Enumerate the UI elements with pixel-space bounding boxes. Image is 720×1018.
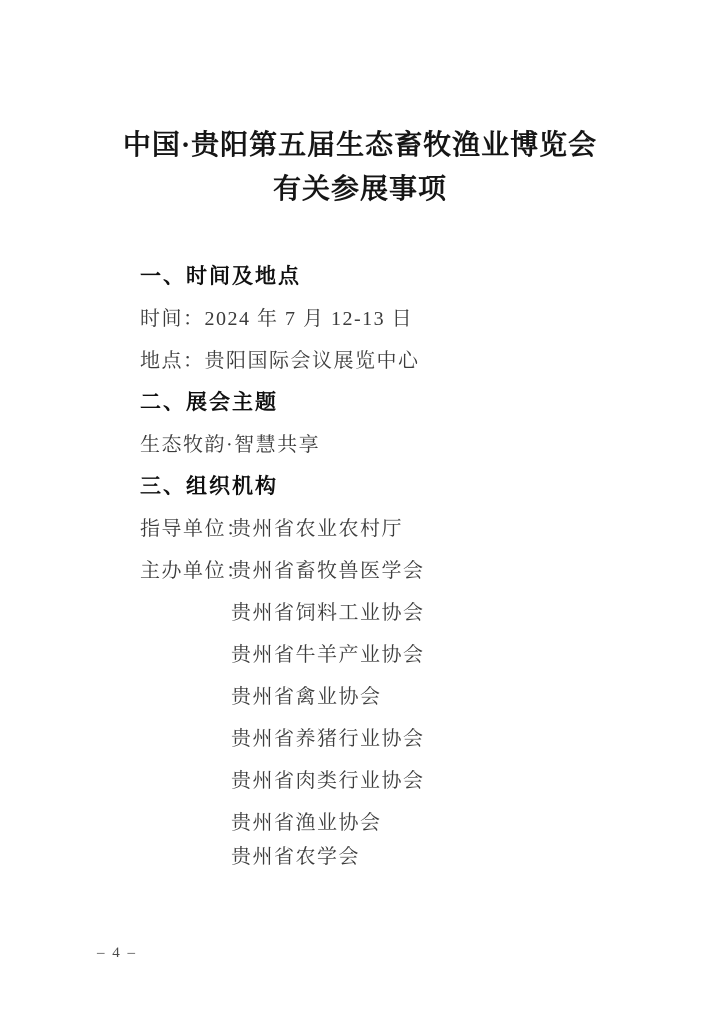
section-heading-time-location: 一、时间及地点 (140, 256, 660, 298)
host-unit-item: 贵州省饲料工业协会 (140, 592, 660, 634)
section-heading-theme: 二、展会主题 (140, 382, 660, 424)
time-line: 时间：2024 年 7 月 12-13 日 (140, 298, 660, 340)
location-line: 地点：贵阳国际会议展览中心 (140, 340, 660, 382)
theme-line: 生态牧韵·智慧共享 (140, 424, 660, 466)
document-page: 中国·贵阳第五届生态畜牧渔业博览会 有关参展事项 一、时间及地点 时间：2024… (0, 0, 720, 1018)
title-line-2: 有关参展事项 (0, 168, 720, 212)
document-body: 一、时间及地点 时间：2024 年 7 月 12-13 日 地点：贵阳国际会议展… (140, 256, 660, 878)
guide-unit-line: 指导单位：贵州省农业农村厅 (140, 508, 660, 550)
document-title: 中国·贵阳第五届生态畜牧渔业博览会 有关参展事项 (0, 0, 720, 212)
host-unit-item: 贵州省农学会 (140, 836, 660, 878)
title-line-1: 中国·贵阳第五届生态畜牧渔业博览会 (0, 124, 720, 168)
section-heading-organizers: 三、组织机构 (140, 466, 660, 508)
page-number: – 4 – (97, 942, 720, 964)
host-unit-line: 主办单位：贵州省畜牧兽医学会 (140, 550, 660, 592)
guide-unit-value: 贵州省农业农村厅 (231, 518, 403, 540)
host-unit-item: 贵州省肉类行业协会 (140, 760, 660, 802)
host-unit-item: 贵州省牛羊产业协会 (140, 634, 660, 676)
host-unit-item: 贵州省禽业协会 (140, 676, 660, 718)
host-unit-item: 贵州省养猪行业协会 (140, 718, 660, 760)
host-unit-value: 贵州省畜牧兽医学会 (231, 560, 425, 582)
host-unit-label: 主办单位： (140, 550, 231, 592)
guide-unit-label: 指导单位： (140, 508, 231, 550)
